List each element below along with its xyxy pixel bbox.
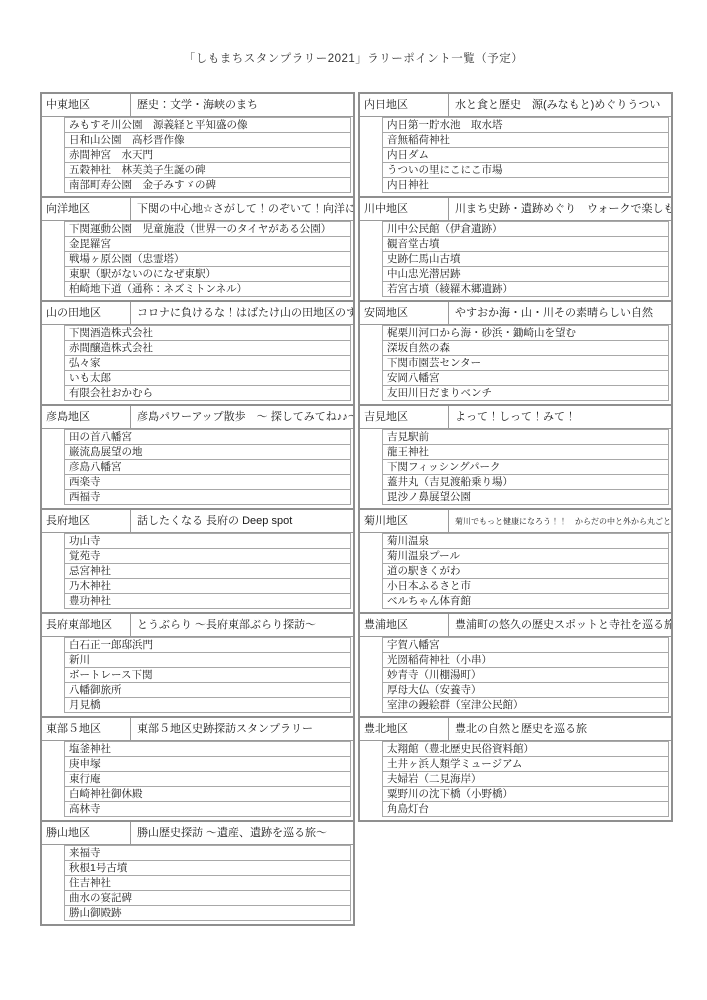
district-name: 安岡地区	[360, 302, 449, 325]
right-column: 内日地区 水と食と歴史 源(みなもと)めぐりうつい 内日第一貯水池 取水塔 音無…	[358, 92, 673, 822]
section-header: 菊川地区 菊川でもっと健康になろう！！ からだの中と外から丸ごとリフレッシュ♪	[360, 510, 671, 533]
section-header: 川中地区 川まち史跡・遺跡めぐり ウォークで楽しもう！！	[360, 198, 671, 221]
point-list: 来福寺 秋根1号古墳 住吉神社 曲水の宴記碑 勝山御殿跡	[42, 845, 353, 924]
district-name: 長府東部地区	[42, 614, 131, 637]
rally-point: 彦島八幡宮	[64, 460, 351, 475]
district-section-yoshimi: 吉見地区 よって！しって！みて！ 吉見駅前 龍王神社 下関フィッシングパーク 蓋…	[358, 404, 673, 510]
rally-point: 西福寺	[64, 490, 351, 505]
rally-point: 内日神社	[382, 178, 669, 193]
rally-point: 庚申塚	[64, 757, 351, 772]
district-theme: 勝山歴史探訪 ～遺産、遺跡を巡る旅～	[131, 822, 353, 845]
rally-point: 東駅（駅がないのになぜ東駅）	[64, 267, 351, 282]
district-theme: 豊浦町の悠久の歴史スポットと寺社を巡る旅	[449, 614, 671, 637]
district-theme: 菊川でもっと健康になろう！！ からだの中と外から丸ごとリフレッシュ♪	[449, 510, 671, 533]
district-section-yasuoka: 安岡地区 やすおか海・山・川その素晴らしい自然 梶栗川河口から海・砂浜・鋤崎山を…	[358, 300, 673, 406]
rally-point: 太翔館（豊北歴史民俗資料館）	[382, 741, 669, 757]
section-header: 山の田地区 コロナに負けるな！はばたけ山の田地区のすべての企業	[42, 302, 353, 325]
district-theme: 歴史：文学・海峡のまち	[131, 94, 353, 117]
rally-point: 下関市園芸センター	[382, 356, 669, 371]
section-header: 豊北地区 豊北の自然と歴史を巡る旅	[360, 718, 671, 741]
rally-point: いも太郎	[64, 371, 351, 386]
point-list: 菊川温泉 菊川温泉プール 道の駅きくがわ 小日本ふるさと市 ベルちゃん体育館	[360, 533, 671, 612]
point-list: 塩釜神社 庚申塚 東行庵 白崎神社御休殿 高林寺	[42, 741, 353, 820]
rally-point: 五穀神社 林芙美子生誕の碑	[64, 163, 351, 178]
rally-point: うついの里にこにこ市場	[382, 163, 669, 178]
section-header: 長府地区 話したくなる 長府の Deep spot	[42, 510, 353, 533]
rally-point-tables: 中東地区 歴史：文学・海峡のまち みもすそ川公園 源義経と平知盛の像 日和山公園…	[40, 92, 672, 926]
rally-point: 金毘羅宮	[64, 237, 351, 252]
rally-point: ボートレース下関	[64, 668, 351, 683]
rally-point: 白崎神社御休殿	[64, 787, 351, 802]
rally-point: 菊川温泉プール	[382, 549, 669, 564]
document-page: 「しもまちスタンプラリー2021」ラリーポイント一覧（予定） 中東地区 歴史：文…	[0, 0, 707, 1000]
point-list: 吉見駅前 龍王神社 下関フィッシングパーク 蓋井丸（吉見渡船乗り場） 毘沙ノ鼻展…	[360, 429, 671, 508]
district-name: 彦島地区	[42, 406, 131, 429]
rally-point: 小日本ふるさと市	[382, 579, 669, 594]
point-list: 梶栗川河口から海・砂浜・鋤崎山を望む 深坂自然の森 下関市園芸センター 安岡八幡…	[360, 325, 671, 404]
rally-point: 下関運動公園 児童施設（世界一のタイヤがある公園）	[64, 221, 351, 237]
rally-point: 乃木神社	[64, 579, 351, 594]
district-theme: 川まち史跡・遺跡めぐり ウォークで楽しもう！！	[449, 198, 671, 221]
district-name: 豊北地区	[360, 718, 449, 741]
rally-point: 若宮古墳（綾羅木郷遺跡）	[382, 282, 669, 297]
rally-point: ベルちゃん体育館	[382, 594, 669, 609]
rally-point: 下関酒造株式会社	[64, 325, 351, 341]
section-header: 中東地区 歴史：文学・海峡のまち	[42, 94, 353, 117]
rally-point: 厚母大仏（安養寺）	[382, 683, 669, 698]
section-header: 彦島地区 彦島パワーアップ散歩 ～ 探してみてね♪♪～	[42, 406, 353, 429]
rally-point: 宇賀八幡宮	[382, 637, 669, 653]
rally-point: 新川	[64, 653, 351, 668]
point-list: 川中公民館（伊倉遺跡） 観音堂古墳 史跡仁馬山古墳 中山忠光潜居跡 若宮古墳（綾…	[360, 221, 671, 300]
rally-point: 龍王神社	[382, 445, 669, 460]
rally-point: 秋根1号古墳	[64, 861, 351, 876]
left-column: 中東地区 歴史：文学・海峡のまち みもすそ川公園 源義経と平知盛の像 日和山公園…	[40, 92, 355, 926]
rally-point: 土井ヶ浜人類学ミュージアム	[382, 757, 669, 772]
point-list: 下関運動公園 児童施設（世界一のタイヤがある公園） 金毘羅宮 戦場ヶ原公園（忠霊…	[42, 221, 353, 300]
rally-point: 史跡仁馬山古墳	[382, 252, 669, 267]
rally-point: 赤間神宮 水天門	[64, 148, 351, 163]
rally-point: 中山忠光潜居跡	[382, 267, 669, 282]
section-header: 勝山地区 勝山歴史探訪 ～遺産、遺跡を巡る旅～	[42, 822, 353, 845]
rally-point: 月見橋	[64, 698, 351, 713]
rally-point: 道の駅きくがわ	[382, 564, 669, 579]
district-section-chofutobu: 長府東部地区 とうぶらり ～長府東部ぶらり探訪～ 白石正一郎邸浜門 新川 ボート…	[40, 612, 355, 718]
district-name: 東部５地区	[42, 718, 131, 741]
rally-point: 西楽寺	[64, 475, 351, 490]
section-header: 豊浦地区 豊浦町の悠久の歴史スポットと寺社を巡る旅	[360, 614, 671, 637]
point-list: 太翔館（豊北歴史民俗資料館） 土井ヶ浜人類学ミュージアム 夫婦岩（二見海岸） 粟…	[360, 741, 671, 820]
district-theme: よって！しって！みて！	[449, 406, 671, 429]
rally-point: 内日第一貯水池 取水塔	[382, 117, 669, 133]
rally-point: 友田川日だまりベンチ	[382, 386, 669, 401]
district-section-chofu: 長府地区 話したくなる 長府の Deep spot 功山寺 覚苑寺 忌宮神社 乃…	[40, 508, 355, 614]
rally-point: みもすそ川公園 源義経と平知盛の像	[64, 117, 351, 133]
rally-point: 粟野川の沈下橋（小野橋）	[382, 787, 669, 802]
rally-point: 功山寺	[64, 533, 351, 549]
district-section-kikugawa: 菊川地区 菊川でもっと健康になろう！！ からだの中と外から丸ごとリフレッシュ♪ …	[358, 508, 673, 614]
rally-point: 吉見駅前	[382, 429, 669, 445]
rally-point: 安岡八幡宮	[382, 371, 669, 386]
rally-point: 深坂自然の森	[382, 341, 669, 356]
district-name: 内日地区	[360, 94, 449, 117]
district-name: 豊浦地区	[360, 614, 449, 637]
page-title: 「しもまちスタンプラリー2021」ラリーポイント一覧（予定）	[0, 50, 707, 66]
section-header: 吉見地区 よって！しって！みて！	[360, 406, 671, 429]
rally-point: 白石正一郎邸浜門	[64, 637, 351, 653]
section-header: 東部５地区 東部５地区史跡探訪スタンプラリー	[42, 718, 353, 741]
rally-point: 内日ダム	[382, 148, 669, 163]
rally-point: 豊功神社	[64, 594, 351, 609]
rally-point: 蓋井丸（吉見渡船乗り場）	[382, 475, 669, 490]
rally-point: 忌宮神社	[64, 564, 351, 579]
rally-point: 勝山御殿跡	[64, 906, 351, 921]
rally-point: 戦場ヶ原公園（忠霊塔）	[64, 252, 351, 267]
district-name: 勝山地区	[42, 822, 131, 845]
district-name: 山の田地区	[42, 302, 131, 325]
district-theme: 下関の中心地☆さがして！のぞいて！向洋に行こうYoooo！！	[131, 198, 353, 221]
rally-point: 高林寺	[64, 802, 351, 817]
rally-point: 下関フィッシングパーク	[382, 460, 669, 475]
rally-point: 弘々家	[64, 356, 351, 371]
district-name: 菊川地区	[360, 510, 449, 533]
district-section-koyo: 向洋地区 下関の中心地☆さがして！のぞいて！向洋に行こうYoooo！！ 下関運動…	[40, 196, 355, 302]
district-section-yamanota: 山の田地区 コロナに負けるな！はばたけ山の田地区のすべての企業 下関酒造株式会社…	[40, 300, 355, 406]
point-list: 内日第一貯水池 取水塔 音無稲荷神社 内日ダム うついの里にこにこ市場 内日神社	[360, 117, 671, 196]
section-header: 向洋地区 下関の中心地☆さがして！のぞいて！向洋に行こうYoooo！！	[42, 198, 353, 221]
district-theme: 豊北の自然と歴史を巡る旅	[449, 718, 671, 741]
district-theme: 東部５地区史跡探訪スタンプラリー	[131, 718, 353, 741]
rally-point: 柏崎地下道（通称：ネズミトンネル）	[64, 282, 351, 297]
rally-point: 梶栗川河口から海・砂浜・鋤崎山を望む	[382, 325, 669, 341]
district-section-hohoku: 豊北地区 豊北の自然と歴史を巡る旅 太翔館（豊北歴史民俗資料館） 土井ヶ浜人類学…	[358, 716, 673, 822]
section-header: 内日地区 水と食と歴史 源(みなもと)めぐりうつい	[360, 94, 671, 117]
rally-point: 日和山公園 高杉晋作像	[64, 133, 351, 148]
district-section-hikoshima: 彦島地区 彦島パワーアップ散歩 ～ 探してみてね♪♪～ 田の首八幡宮 巌流島展望…	[40, 404, 355, 510]
rally-point: 有限会社おかむら	[64, 386, 351, 401]
rally-point: 菊川温泉	[382, 533, 669, 549]
rally-point: 観音堂古墳	[382, 237, 669, 252]
section-header: 安岡地区 やすおか海・山・川その素晴らしい自然	[360, 302, 671, 325]
district-section-toyoura: 豊浦地区 豊浦町の悠久の歴史スポットと寺社を巡る旅 宇賀八幡宮 光圀稲荷神社（小…	[358, 612, 673, 718]
point-list: 下関酒造株式会社 赤間醸造株式会社 弘々家 いも太郎 有限会社おかむら	[42, 325, 353, 404]
rally-point: 夫婦岩（二見海岸）	[382, 772, 669, 787]
district-theme: 話したくなる 長府の Deep spot	[131, 510, 353, 533]
rally-point: 巌流島展望の地	[64, 445, 351, 460]
rally-point: 来福寺	[64, 845, 351, 861]
rally-point: 妙青寺（川棚湯町）	[382, 668, 669, 683]
rally-point: 光圀稲荷神社（小串）	[382, 653, 669, 668]
district-name: 川中地区	[360, 198, 449, 221]
rally-point: 角島灯台	[382, 802, 669, 817]
district-section-utsui: 内日地区 水と食と歴史 源(みなもと)めぐりうつい 内日第一貯水池 取水塔 音無…	[358, 92, 673, 198]
district-section-kawanaka: 川中地区 川まち史跡・遺跡めぐり ウォークで楽しもう！！ 川中公民館（伊倉遺跡）…	[358, 196, 673, 302]
district-theme: コロナに負けるな！はばたけ山の田地区のすべての企業	[131, 302, 353, 325]
rally-point: 住吉神社	[64, 876, 351, 891]
rally-point: 赤間醸造株式会社	[64, 341, 351, 356]
district-name: 向洋地区	[42, 198, 131, 221]
rally-point: 毘沙ノ鼻展望公園	[382, 490, 669, 505]
rally-point: 東行庵	[64, 772, 351, 787]
point-list: 功山寺 覚苑寺 忌宮神社 乃木神社 豊功神社	[42, 533, 353, 612]
rally-point: 塩釜神社	[64, 741, 351, 757]
rally-point: 田の首八幡宮	[64, 429, 351, 445]
rally-point: 川中公民館（伊倉遺跡）	[382, 221, 669, 237]
district-theme: とうぶらり ～長府東部ぶらり探訪～	[131, 614, 353, 637]
district-section-tobu5: 東部５地区 東部５地区史跡探訪スタンプラリー 塩釜神社 庚申塚 東行庵 白崎神社…	[40, 716, 355, 822]
district-section-katsuyama: 勝山地区 勝山歴史探訪 ～遺産、遺跡を巡る旅～ 来福寺 秋根1号古墳 住吉神社 …	[40, 820, 355, 926]
point-list: 宇賀八幡宮 光圀稲荷神社（小串） 妙青寺（川棚湯町） 厚母大仏（安養寺） 室津の…	[360, 637, 671, 716]
district-name: 中東地区	[42, 94, 131, 117]
district-section-chuto: 中東地区 歴史：文学・海峡のまち みもすそ川公園 源義経と平知盛の像 日和山公園…	[40, 92, 355, 198]
rally-point: 室津の鏝絵群（室津公民館）	[382, 698, 669, 713]
district-theme: やすおか海・山・川その素晴らしい自然	[449, 302, 671, 325]
rally-point: 八幡御旅所	[64, 683, 351, 698]
district-theme: 彦島パワーアップ散歩 ～ 探してみてね♪♪～	[131, 406, 353, 429]
rally-point: 曲水の宴記碑	[64, 891, 351, 906]
point-list: 田の首八幡宮 巌流島展望の地 彦島八幡宮 西楽寺 西福寺	[42, 429, 353, 508]
district-theme: 水と食と歴史 源(みなもと)めぐりうつい	[449, 94, 671, 117]
district-name: 長府地区	[42, 510, 131, 533]
rally-point: 音無稲荷神社	[382, 133, 669, 148]
point-list: 白石正一郎邸浜門 新川 ボートレース下関 八幡御旅所 月見橋	[42, 637, 353, 716]
rally-point: 南部町寿公園 金子みすゞの碑	[64, 178, 351, 193]
section-header: 長府東部地区 とうぶらり ～長府東部ぶらり探訪～	[42, 614, 353, 637]
rally-point: 覚苑寺	[64, 549, 351, 564]
point-list: みもすそ川公園 源義経と平知盛の像 日和山公園 高杉晋作像 赤間神宮 水天門 五…	[42, 117, 353, 196]
district-name: 吉見地区	[360, 406, 449, 429]
